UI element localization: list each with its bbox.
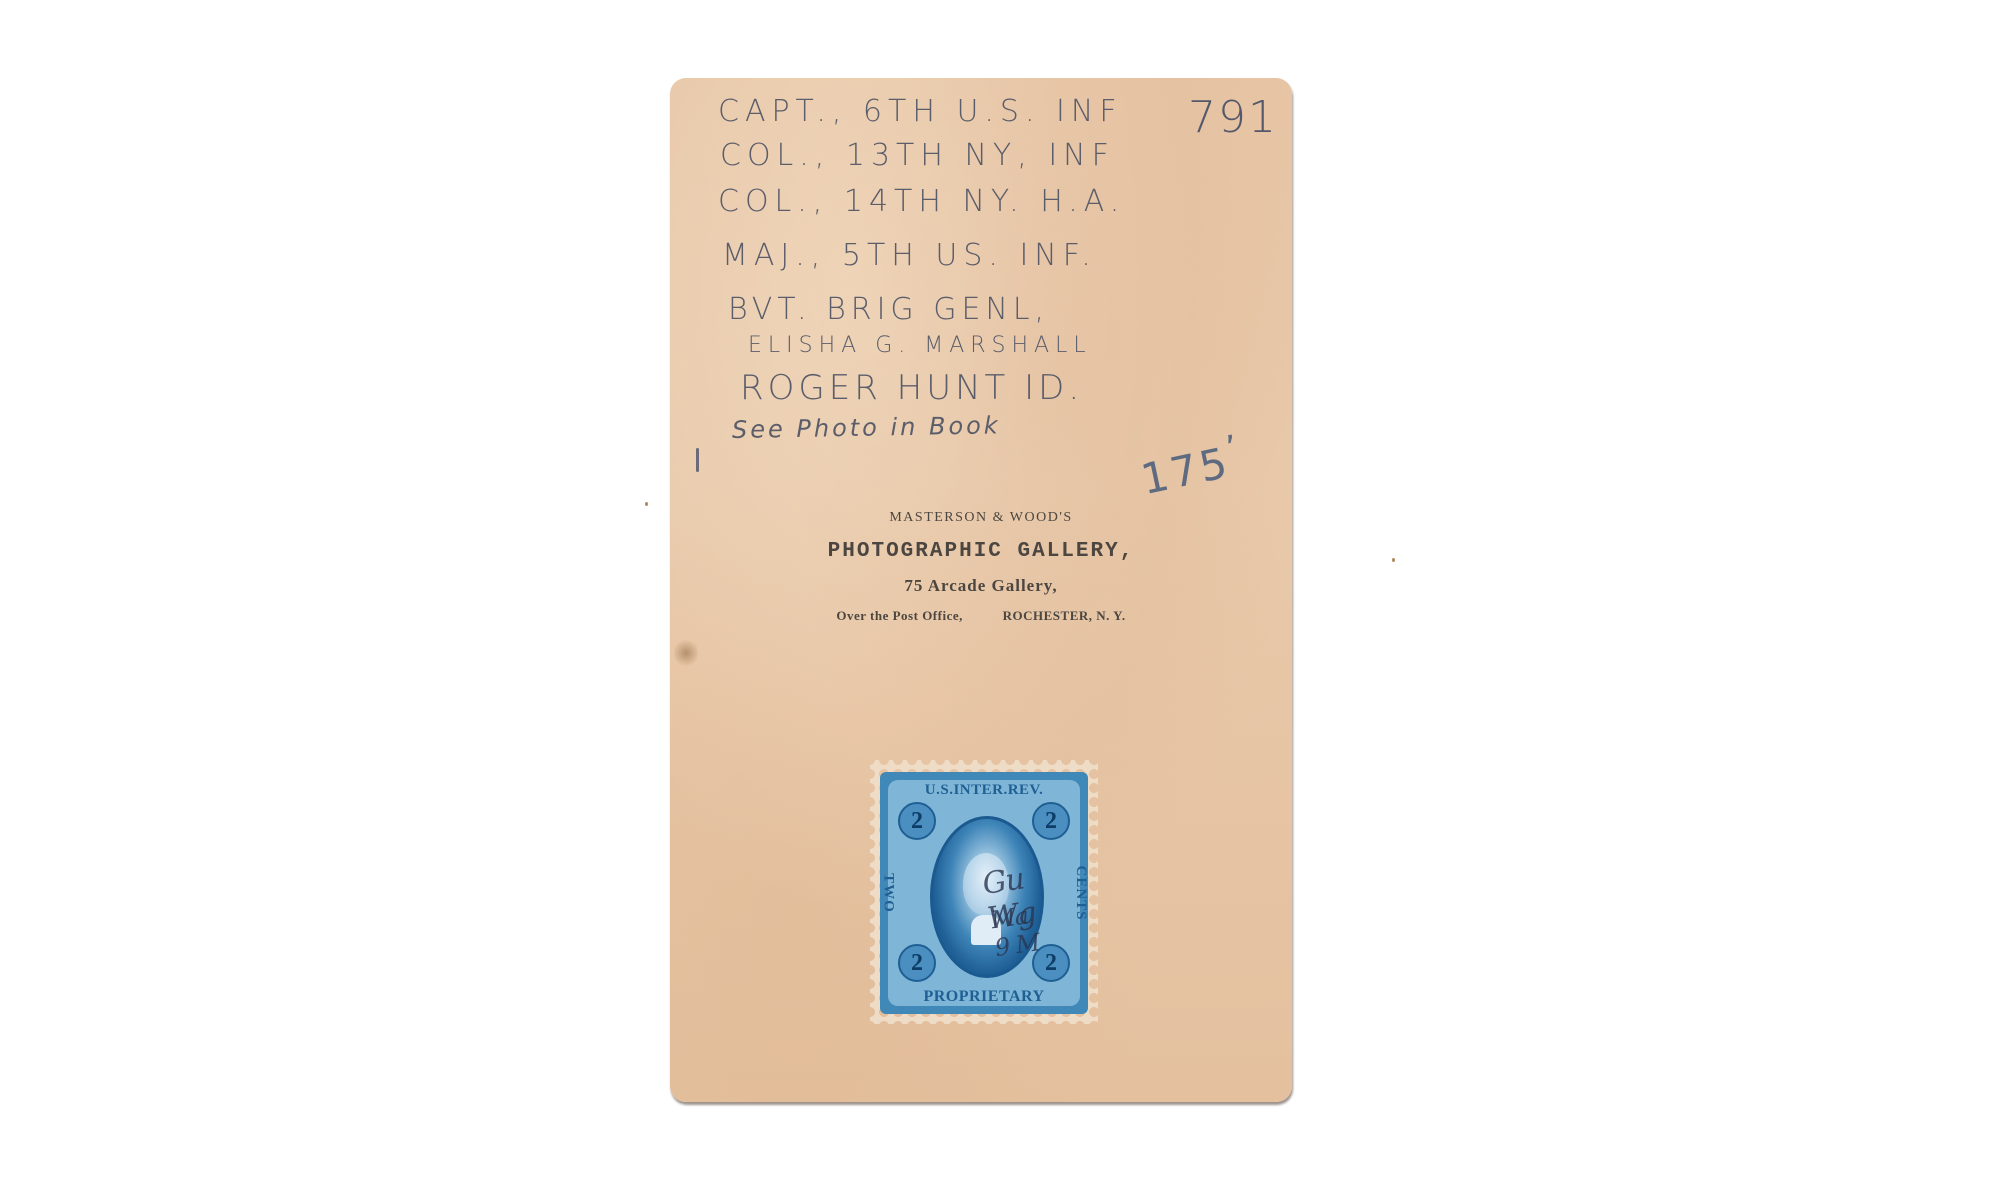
stamp-right-text: CENTS [1072,865,1089,920]
imprint-location-right: ROCHESTER, N. Y. [1003,608,1126,624]
stamp-denomination-top-left: 2 [898,802,936,840]
note-line-8: See Photo in Book [732,411,1001,444]
stamp-denomination-top-right: 2 [1032,802,1070,840]
imprint-gallery: PHOTOGRAPHIC GALLERY, [670,540,1292,563]
imprint-location: Over the Post Office, ROCHESTER, N. Y. [670,608,1292,624]
pencil-tick-mark [696,448,699,472]
stamp-denomination-bottom-left: 2 [898,944,936,982]
revenue-stamp: U.S.INTER.REV. TWO CENTS 2 2 2 2 Gu Wg M… [880,772,1088,1014]
stamp-frame: U.S.INTER.REV. TWO CENTS 2 2 2 2 Gu Wg M… [888,780,1080,1006]
note-line-3: COL., 14TH NY. H.A. [718,184,1125,219]
imprint-address: 75 Arcade Gallery, [670,576,1292,596]
note-line-1: CAPT., 6TH U.S. INF [718,94,1123,129]
stamp-portrait-oval: Gu Wg Ma 9 M [930,816,1044,978]
note-line-2: COL., 13TH NY, INF [720,138,1115,173]
imprint-studio: MASTERSON & WOOD'S [670,510,1292,526]
price-note: 175’ [1135,428,1248,504]
stamp-top-text: U.S.INTER.REV. [888,782,1080,799]
note-line-4: MAJ., 5TH US. INF. [722,238,1097,273]
inventory-number: 791 [1188,92,1278,143]
note-line-6-name: ELISHA G. MARSHALL [748,333,1092,358]
imprint-location-left: Over the Post Office, [836,608,963,624]
note-line-7: ROGER HUNT ID. [740,368,1083,408]
cdv-card-back: CAPT., 6TH U.S. INF COL., 13TH NY, INF C… [670,78,1292,1102]
stamp-cancel-line-2: Ma 9 M [989,900,1044,962]
stamp-bottom-text: PROPRIETARY [888,988,1080,1006]
price-value: 175 [1137,438,1234,504]
paper-speck [645,502,648,506]
paper-speck [1392,558,1395,562]
note-line-5: BVT. BRIG GENL, [728,292,1049,327]
foxing-stain [674,638,698,668]
stamp-left-text: TWO [879,873,896,913]
